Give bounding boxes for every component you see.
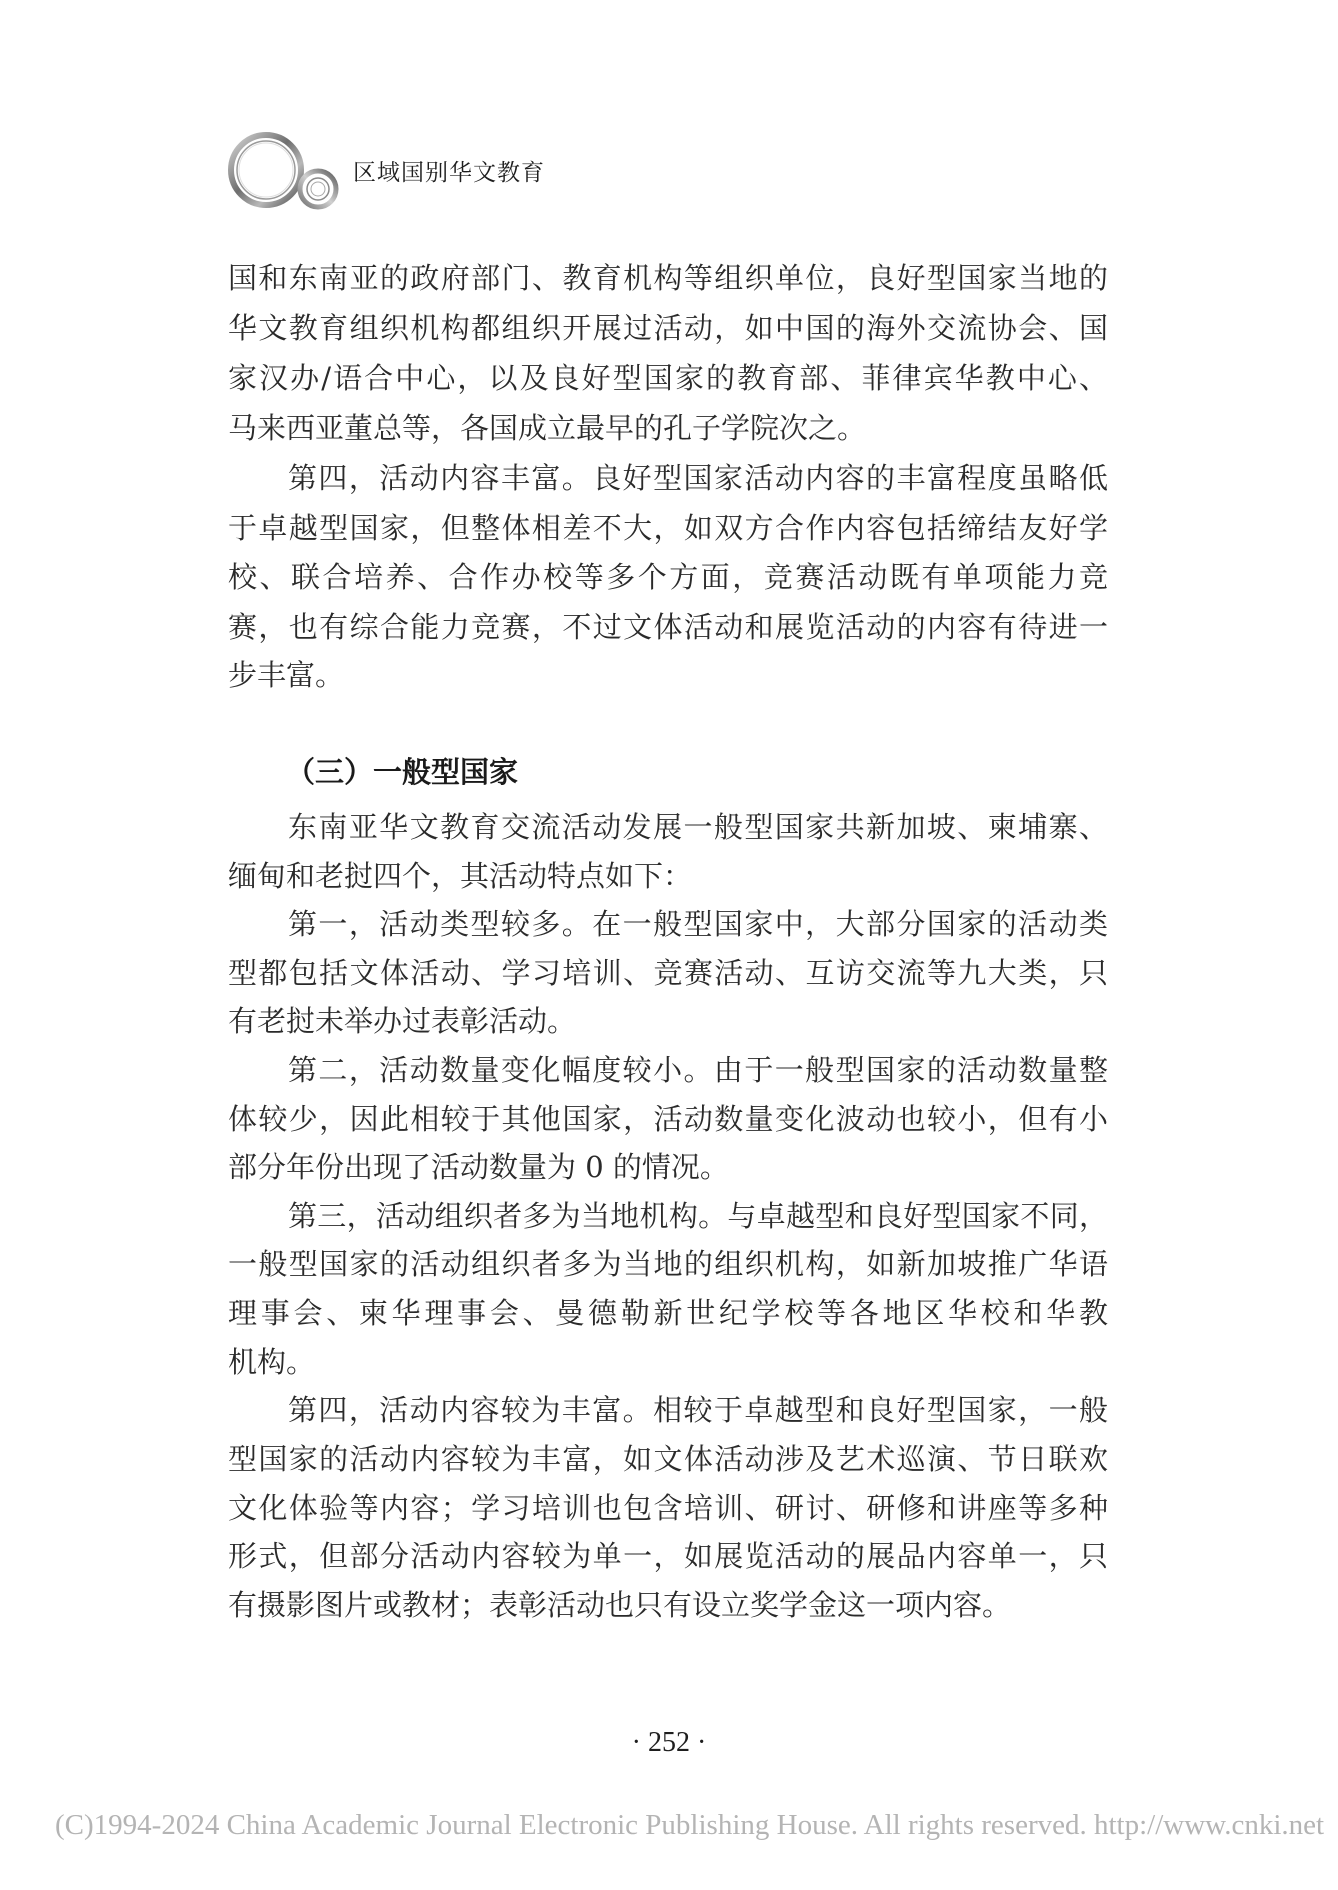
section-heading: （三）一般型国家: [286, 752, 518, 792]
text-line: 文化体验等内容；学习培训也包含培训、研讨、研修和讲座等多种: [228, 1488, 1108, 1528]
text-line: 校、联合培养、合作办校等多个方面，竞赛活动既有单项能力竞: [228, 557, 1108, 597]
text-line: 第三，活动组织者多为当地机构。与卓越型和良好型国家不同，: [288, 1196, 1108, 1236]
text-line: 体较少，因此相较于其他国家，活动数量变化波动也较小，但有小: [228, 1099, 1108, 1139]
text-line: 有老挝未举办过表彰活动。: [228, 1001, 1108, 1041]
text-line: 有摄影图片或教材；表彰活动也只有设立奖学金这一项内容。: [228, 1585, 1108, 1625]
text-line: 理事会、柬华理事会、曼德勒新世纪学校等各地区华校和华教: [228, 1293, 1108, 1333]
running-header: 区域国别华文教育: [228, 128, 628, 212]
text-line: 赛，也有综合能力竞赛，不过文体活动和展览活动的内容有待进一: [228, 607, 1108, 647]
text-line: 形式，但部分活动内容较为单一，如展览活动的展品内容单一，只: [228, 1536, 1108, 1576]
text-line: 第四，活动内容较为丰富。相较于卓越型和良好型国家，一般: [288, 1390, 1108, 1430]
text-line: 于卓越型国家，但整体相差不大，如双方合作内容包括缔结友好学: [228, 508, 1108, 548]
text-line: 一般型国家的活动组织者多为当地的组织机构，如新加坡推广华语: [228, 1244, 1108, 1284]
page-number: · 252 ·: [0, 1726, 1338, 1760]
text-line: 国和东南亚的政府部门、教育机构等组织单位，良好型国家当地的: [228, 258, 1108, 298]
text-line: 缅甸和老挝四个，其活动特点如下：: [228, 856, 1108, 896]
text-line: 华文教育组织机构都组织开展过活动，如中国的海外交流协会、国: [228, 308, 1108, 348]
text-line: 型都包括文体活动、学习培训、竞赛活动、互访交流等九大类，只: [228, 953, 1108, 993]
text-line: 第一，活动类型较多。在一般型国家中，大部分国家的活动类: [288, 904, 1108, 944]
running-title: 区域国别华文教育: [353, 158, 545, 188]
text-line: 步丰富。: [228, 655, 1108, 695]
copyright-footer: (C)1994-2024 China Academic Journal Elec…: [55, 1808, 1324, 1842]
text-line: 家汉办/语合中心，以及良好型国家的教育部、菲律宾华教中心、: [228, 358, 1108, 398]
text-line: 第二，活动数量变化幅度较小。由于一般型国家的活动数量整: [288, 1050, 1108, 1090]
text-line: 马来西亚董总等，各国成立最早的孔子学院次之。: [228, 408, 1108, 448]
text-line: 第四，活动内容丰富。良好型国家活动内容的丰富程度虽略低: [288, 458, 1108, 498]
text-line: 型国家的活动内容较为丰富，如文体活动涉及艺术巡演、节日联欢: [228, 1439, 1108, 1479]
double-ring-logo-icon: [228, 128, 340, 212]
text-line: 机构。: [228, 1342, 1108, 1382]
text-line: 东南亚华文教育交流活动发展一般型国家共新加坡、柬埔寨、: [288, 807, 1108, 847]
text-line: 部分年份出现了活动数量为 0 的情况。: [228, 1147, 1108, 1187]
